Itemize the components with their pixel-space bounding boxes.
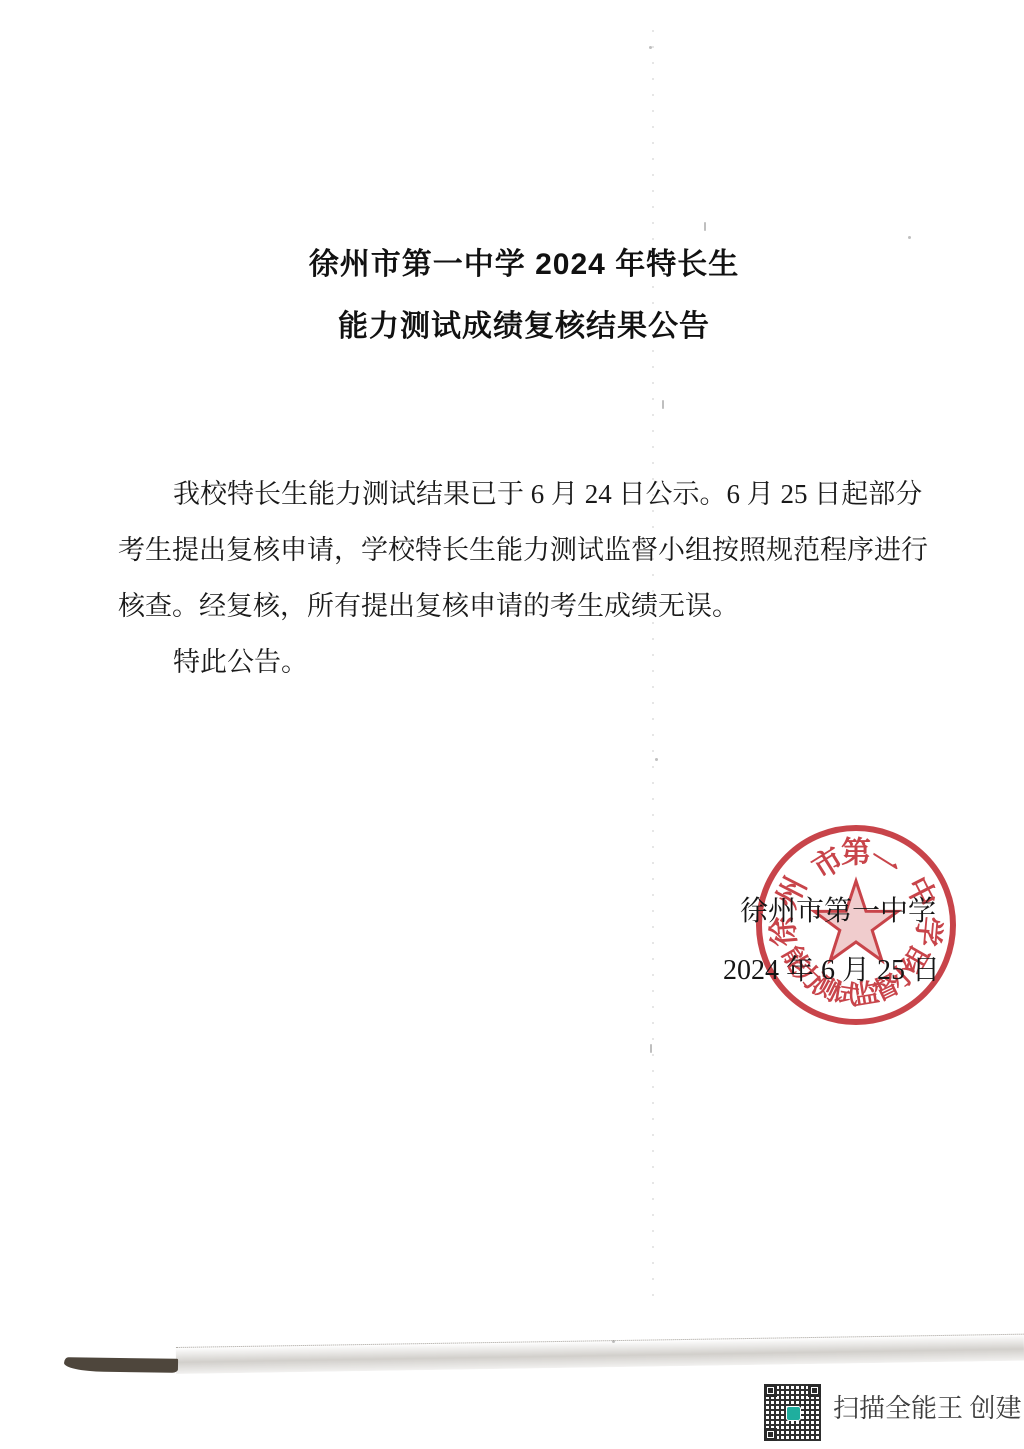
signature-school: 徐州市第一中学 [740,889,936,929]
document-body: 我校特长生能力测试结果已于 6 月 24 日公示。6 月 25 日起部分 考生提… [118,466,948,690]
body-line: 特此公告。 [118,634,948,690]
body-line: 我校特长生能力测试结果已于 6 月 24 日公示。6 月 25 日起部分 [118,466,948,522]
document-title: 徐州市第一中学 2024 年特长生 能力测试成绩复核结果公告 [118,234,930,358]
scanned-document-page: 徐州市第一中学 2024 年特长生 能力测试成绩复核结果公告 我校特长生能力测试… [0,0,1024,1449]
qr-finder-icon [764,1384,777,1397]
qr-finder-icon [764,1428,777,1441]
scanner-credit-label: 扫描全能王 创建 [833,1392,1022,1426]
paper-edge-dark-strip [64,1357,178,1373]
scan-speckle [655,758,658,761]
scan-speckle [662,400,664,409]
camscanner-logo-icon [786,1406,801,1421]
signature-date: 2024 年 6 月 25 日 [723,948,940,988]
paper-edge-shadow [176,1334,1024,1374]
qr-finder-icon [808,1384,821,1397]
scan-speckle [650,1044,652,1053]
qr-code [764,1384,821,1441]
document-title-line1: 徐州市第一中学 2024 年特长生 [118,234,930,296]
body-line: 核查。经复核，所有提出复核申请的考生成绩无误。 [118,578,948,634]
document-title-line2: 能力测试成绩复核结果公告 [118,296,930,358]
scan-speckle [704,222,706,231]
body-line: 考生提出复核申请，学校特长生能力测试监督小组按照规范程序进行 [118,522,948,578]
scan-speckle [649,46,652,49]
